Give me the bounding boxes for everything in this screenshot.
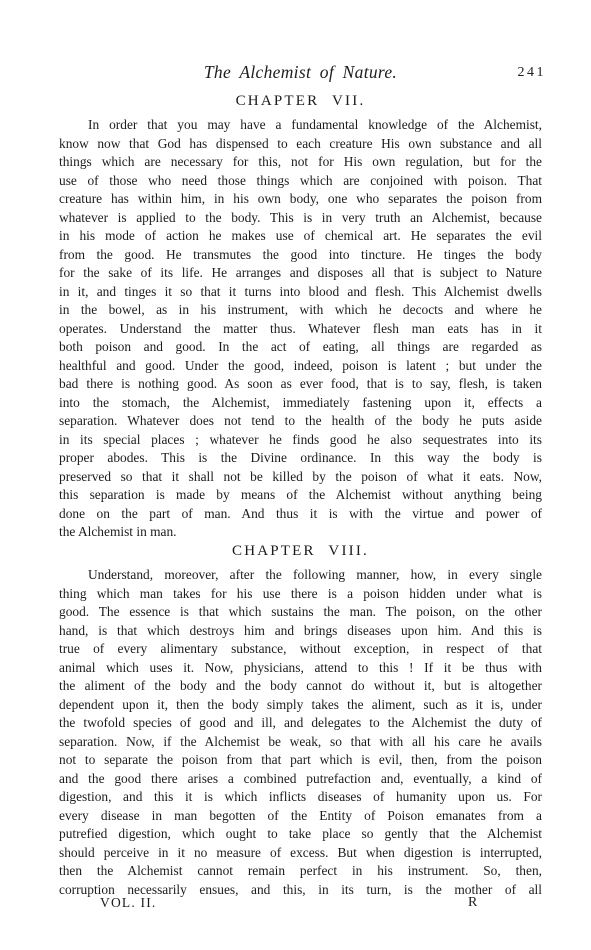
text-line: for the sake of its life. He arranges an… [59,264,542,283]
text-line: in his mode of action he makes use of ch… [59,227,542,246]
text-line: good. The essence is that which sustains… [59,603,542,622]
text-line: putrefied digestion, which ought to take… [59,825,542,844]
text-line: in the bowel, as in his instrument, with… [59,301,542,320]
text-line: in it, and tinges it so that it turns in… [59,283,542,302]
chapter-vii-heading: CHAPTER VII. [59,93,542,110]
text-line: done on the part of man. And thus it is … [59,505,542,524]
text-line: in its special places ; whatever he find… [59,431,542,450]
text-line: proper abodes. This is the Divine ordina… [59,449,542,468]
text-line: the aliment of the body and the body can… [59,677,542,696]
text-line: things which are necessary for this, not… [59,153,542,172]
text-line: digestion, and this it is which inflicts… [59,788,542,807]
page-footer: VOL. II. R [59,895,542,915]
running-head: The Alchemist of Nature. 241 [59,62,542,86]
text-line: Understand, moreover, after the followin… [59,566,542,585]
text-line: thing which man takes for his use there … [59,585,542,604]
text-line: the Alchemist in man. [59,523,542,542]
page-number: 241 [518,65,547,81]
volume-label: VOL. II. [100,895,156,911]
text-line: every disease in man begotten of the Ent… [59,807,542,826]
text-line: operates. Understand the matter thus. Wh… [59,320,542,339]
text-line: creature has within him, in his own body… [59,190,542,209]
text-line: both poison and good. In the act of eati… [59,338,542,357]
text-line: bad there is nothing good. As soon as ev… [59,375,542,394]
chapter-viii-body: Understand, moreover, after the followin… [59,566,542,899]
text-line: know now that God has dispensed to each … [59,135,542,154]
book-page: The Alchemist of Nature. 241 CHAPTER VII… [0,0,591,950]
text-block: The Alchemist of Nature. 241 CHAPTER VII… [59,0,542,950]
printer-signature-mark: R [468,895,477,911]
text-line: not to separate the poison from that par… [59,751,542,770]
text-line: separation. Whatever does not tend to th… [59,412,542,431]
running-head-title: The Alchemist of Nature. [59,62,542,83]
text-line: use of those who need those things which… [59,172,542,191]
chapter-viii-heading: CHAPTER VIII. [59,543,542,560]
text-line: from the good. He transmutes the good in… [59,246,542,265]
text-line: separation. Now, if the Alchemist be wea… [59,733,542,752]
text-line: animal which uses it. Now, physicians, a… [59,659,542,678]
text-line: the twofold species of good and ill, and… [59,714,542,733]
text-line: then the Alchemist cannot remain perfect… [59,862,542,881]
text-line: preserved so that it shall not be killed… [59,468,542,487]
text-line: In order that you may have a fundamental… [59,116,542,135]
text-line: and the good there arises a combined put… [59,770,542,789]
text-line: true of every alimentary substance, with… [59,640,542,659]
text-line: dependent upon it, then the body simply … [59,696,542,715]
text-line: whatever is applied to the body. This is… [59,209,542,228]
text-line: hand, is that which destroys him and bri… [59,622,542,641]
text-line: should perceive in it no measure of exce… [59,844,542,863]
chapter-vii-body: In order that you may have a fundamental… [59,116,542,542]
text-line: healthful and good. Under the good, inde… [59,357,542,376]
text-line: this separation is made by means of the … [59,486,542,505]
text-line: into the stomach, the Alchemist, immedia… [59,394,542,413]
